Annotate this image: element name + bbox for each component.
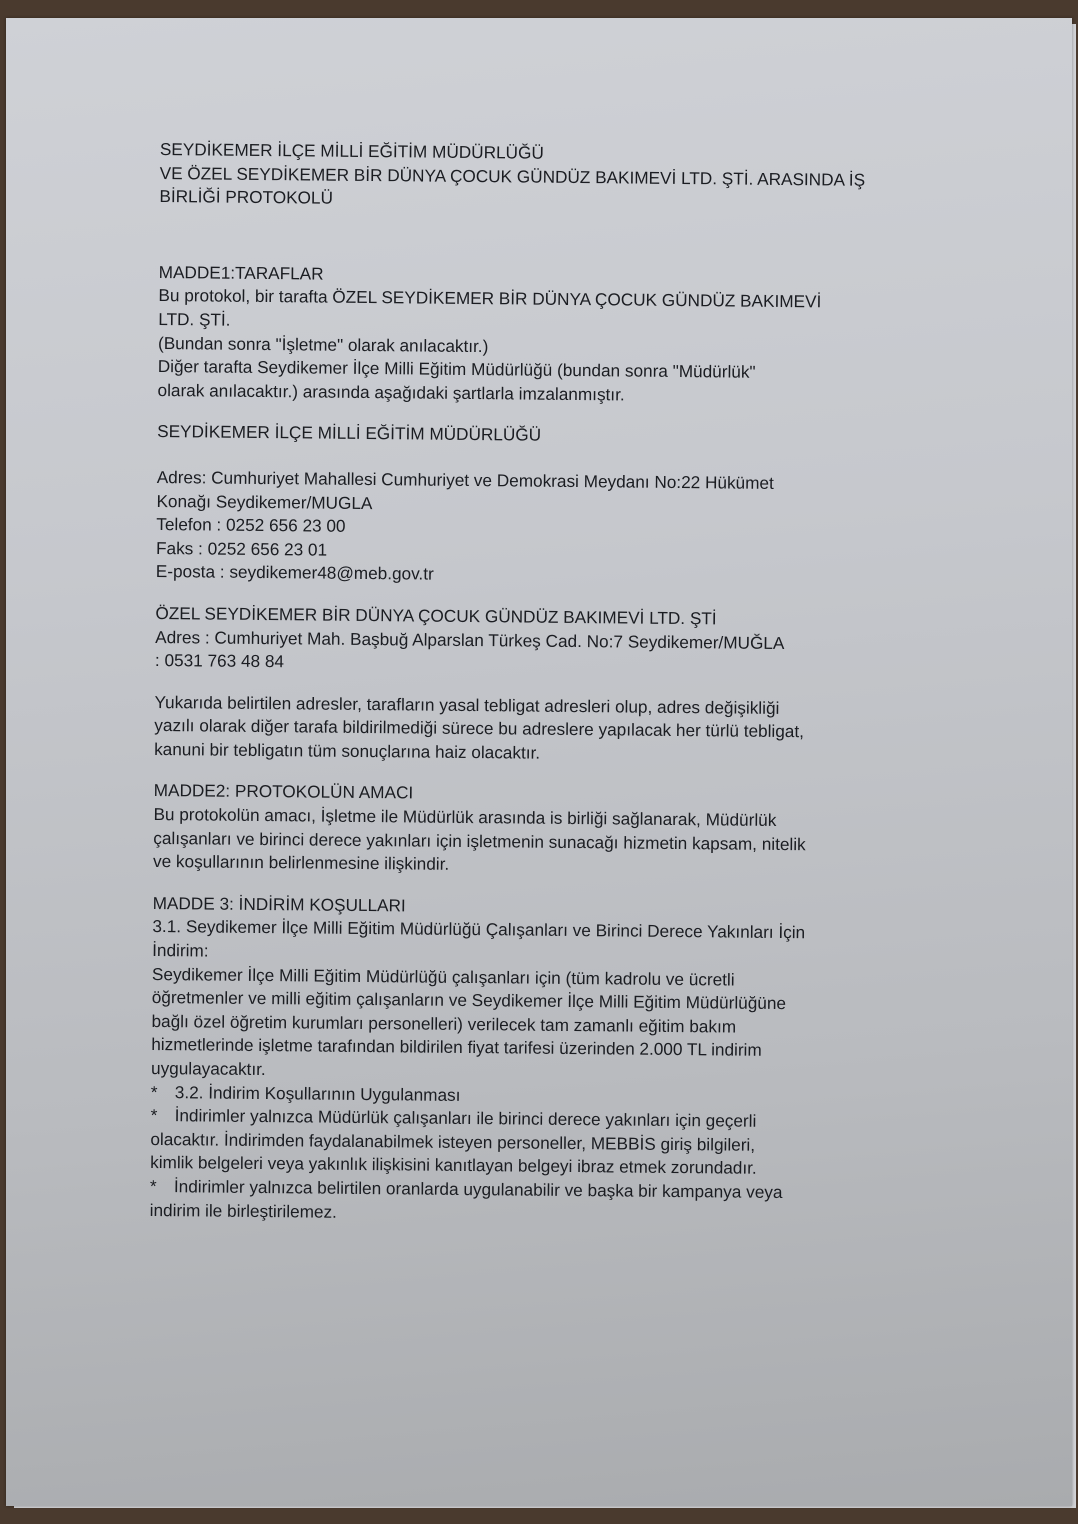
party-1-contact: SEYDİKEMER İLÇE MİLLİ EĞİTİM MÜDÜRLÜĞÜ A… bbox=[156, 420, 918, 591]
party-2-contact: ÖZEL SEYDİKEMER BİR DÜNYA ÇOCUK GÜNDÜZ B… bbox=[155, 602, 916, 680]
asterisk-bullet-icon: * bbox=[151, 1081, 175, 1105]
notice-paragraph: Yukarıda belirtilen adresler, tarafların… bbox=[154, 691, 915, 769]
article-3-discount-conditions: MADDE 3: İNDİRİM KOŞULLARI 3.1. Seydikem… bbox=[150, 892, 913, 1230]
asterisk-bullet-icon: * bbox=[150, 1104, 174, 1128]
document-title: SEYDİKEMER İLÇE MİLLİ EĞİTİM MÜDÜRLÜĞÜ V… bbox=[159, 138, 920, 216]
article-1-parties: MADDE1:TARAFLAR Bu protokol, bir tarafta… bbox=[157, 261, 918, 410]
document-content: SEYDİKEMER İLÇE MİLLİ EĞİTİM MÜDÜRLÜĞÜ V… bbox=[150, 138, 920, 1229]
article-2-purpose: MADDE2: PROTOKOLÜN AMACI Bu protokolün a… bbox=[153, 779, 914, 881]
asterisk-bullet-icon: * bbox=[150, 1175, 174, 1199]
